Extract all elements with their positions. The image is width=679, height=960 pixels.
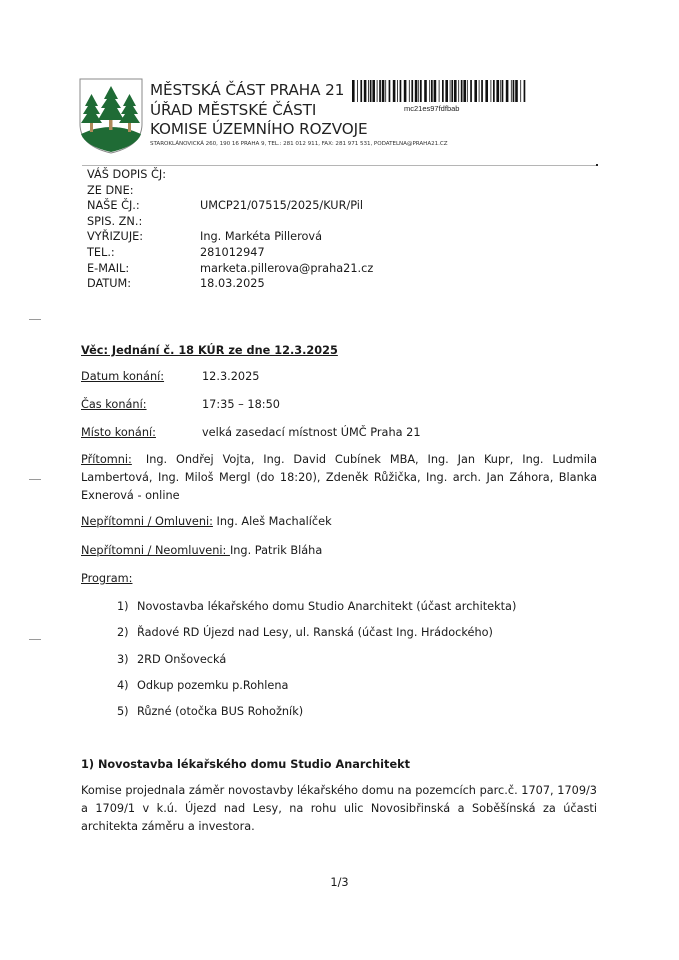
program-item-text: Řadové RD Újezd nad Lesy, ul. Ranská (úč… — [137, 626, 493, 639]
date-value: 12.3.2025 — [202, 370, 260, 383]
unexcused-value: Ing. Patrik Bláha — [230, 544, 322, 557]
reference-label: VÁŠ DOPIS ČJ: — [87, 167, 200, 183]
reference-value: 18.03.2025 — [200, 276, 265, 292]
page-number: 1/3 — [0, 876, 679, 889]
reference-row: VÁŠ DOPIS ČJ: — [87, 167, 373, 183]
reference-label: DATUM: — [87, 276, 200, 292]
program-item-text: Různé (otočka BUS Rohožník) — [137, 705, 303, 718]
reference-row: TEL.:281012947 — [87, 245, 373, 261]
reference-value: marketa.pillerova@praha21.cz — [200, 261, 373, 277]
meeting-place: Místo konání: velká zasedací místnost ÚM… — [81, 426, 597, 439]
reference-value: Ing. Markéta Pillerová — [200, 229, 322, 245]
reference-row: SPIS. ZN.: — [87, 214, 373, 230]
excused-value: Ing. Aleš Machalíček — [213, 515, 332, 528]
meeting-date: Datum konání: 12.3.2025 — [81, 370, 597, 383]
place-label: Místo konání: — [81, 426, 202, 439]
present-paragraph: Přítomni:Ing. Ondřej Vojta, Ing. David C… — [81, 451, 597, 505]
reference-value: UMCP21/07515/2025/KUR/Pil — [200, 198, 363, 214]
barcode — [352, 80, 526, 102]
reference-label: SPIS. ZN.: — [87, 214, 200, 230]
reference-row: E-MAIL:marketa.pillerova@praha21.cz — [87, 261, 373, 277]
unexcused-label: Nepřítomni / Neomluveni: — [81, 544, 230, 557]
subject-line: Věc: Jednání č. 18 KÚR ze dne 12.3.2025 — [81, 344, 597, 357]
header-separator — [82, 165, 596, 166]
excused-line: Nepřítomni / Omluveni: Ing. Aleš Machalí… — [81, 515, 597, 528]
reference-row: DATUM:18.03.2025 — [87, 276, 373, 292]
present-label: Přítomni: — [81, 453, 132, 466]
reference-label: E-MAIL: — [87, 261, 200, 277]
fold-mark — [29, 319, 41, 320]
header-address: STAROKLÁNOVICKÁ 260, 190 16 PRAHA 9, TEL… — [150, 141, 448, 147]
reference-row: ZE DNE: — [87, 183, 373, 199]
meeting-time: Čas konání: 17:35 – 18:50 — [81, 398, 597, 411]
section-1-heading: 1) Novostavba lékařského domu Studio Ana… — [81, 758, 597, 771]
program-item: 3)2RD Onšovecká — [117, 653, 226, 666]
reference-label: ZE DNE: — [87, 183, 200, 199]
time-label: Čas konání: — [81, 398, 202, 411]
excused-label: Nepřítomni / Omluveni: — [81, 515, 213, 528]
program-label: Program: — [81, 572, 597, 585]
program-item-text: 2RD Onšovecká — [137, 653, 226, 666]
reference-row: VYŘIZUJE:Ing. Markéta Pillerová — [87, 229, 373, 245]
barcode-text: mc21es97fdfbab — [404, 104, 459, 113]
unexcused-line: Nepřítomni / Neomluveni: Ing. Patrik Blá… — [81, 544, 597, 557]
reference-label: VYŘIZUJE: — [87, 229, 200, 245]
program-item: 5)Různé (otočka BUS Rohožník) — [117, 705, 303, 718]
reference-label: TEL.: — [87, 245, 200, 261]
reference-label: NAŠE ČJ.: — [87, 198, 200, 214]
date-label: Datum konání: — [81, 370, 202, 383]
reference-value: 281012947 — [200, 245, 265, 261]
reference-row: NAŠE ČJ.:UMCP21/07515/2025/KUR/Pil — [87, 198, 373, 214]
program-item: 4)Odkup pozemku p.Rohlena — [117, 679, 288, 692]
fold-mark — [29, 639, 41, 640]
program-item-number: 4) — [117, 679, 137, 692]
present-value: Ing. Ondřej Vojta, Ing. David Cubínek MB… — [81, 453, 597, 502]
time-value: 17:35 – 18:50 — [202, 398, 280, 411]
section-1-text: Komise projednala záměr novostavby lékař… — [81, 782, 597, 836]
program-item-number: 3) — [117, 653, 137, 666]
program-item-number: 2) — [117, 626, 137, 639]
reference-block: VÁŠ DOPIS ČJ:ZE DNE:NAŠE ČJ.:UMCP21/0751… — [87, 167, 373, 292]
header-title-line-3: KOMISE ÚZEMNÍHO ROZVOJE — [150, 120, 368, 138]
program-item: 1)Novostavba lékařského domu Studio Anar… — [117, 600, 516, 613]
program-item-number: 5) — [117, 705, 137, 718]
separator-dot — [596, 164, 598, 166]
coat-of-arms-trees-icon — [79, 78, 143, 154]
fold-mark — [29, 479, 41, 480]
program-item-number: 1) — [117, 600, 137, 613]
header-title-line-2: ÚŘAD MĚSTSKÉ ČÁSTI — [150, 101, 316, 119]
program-item-text: Odkup pozemku p.Rohlena — [137, 679, 288, 692]
program-item-text: Novostavba lékařského domu Studio Anarch… — [137, 600, 516, 613]
header-title-line-1: MĚSTSKÁ ČÁST PRAHA 21 — [150, 81, 344, 99]
program-item: 2)Řadové RD Újezd nad Lesy, ul. Ranská (… — [117, 626, 493, 639]
place-value: velká zasedací místnost ÚMČ Praha 21 — [202, 426, 421, 439]
